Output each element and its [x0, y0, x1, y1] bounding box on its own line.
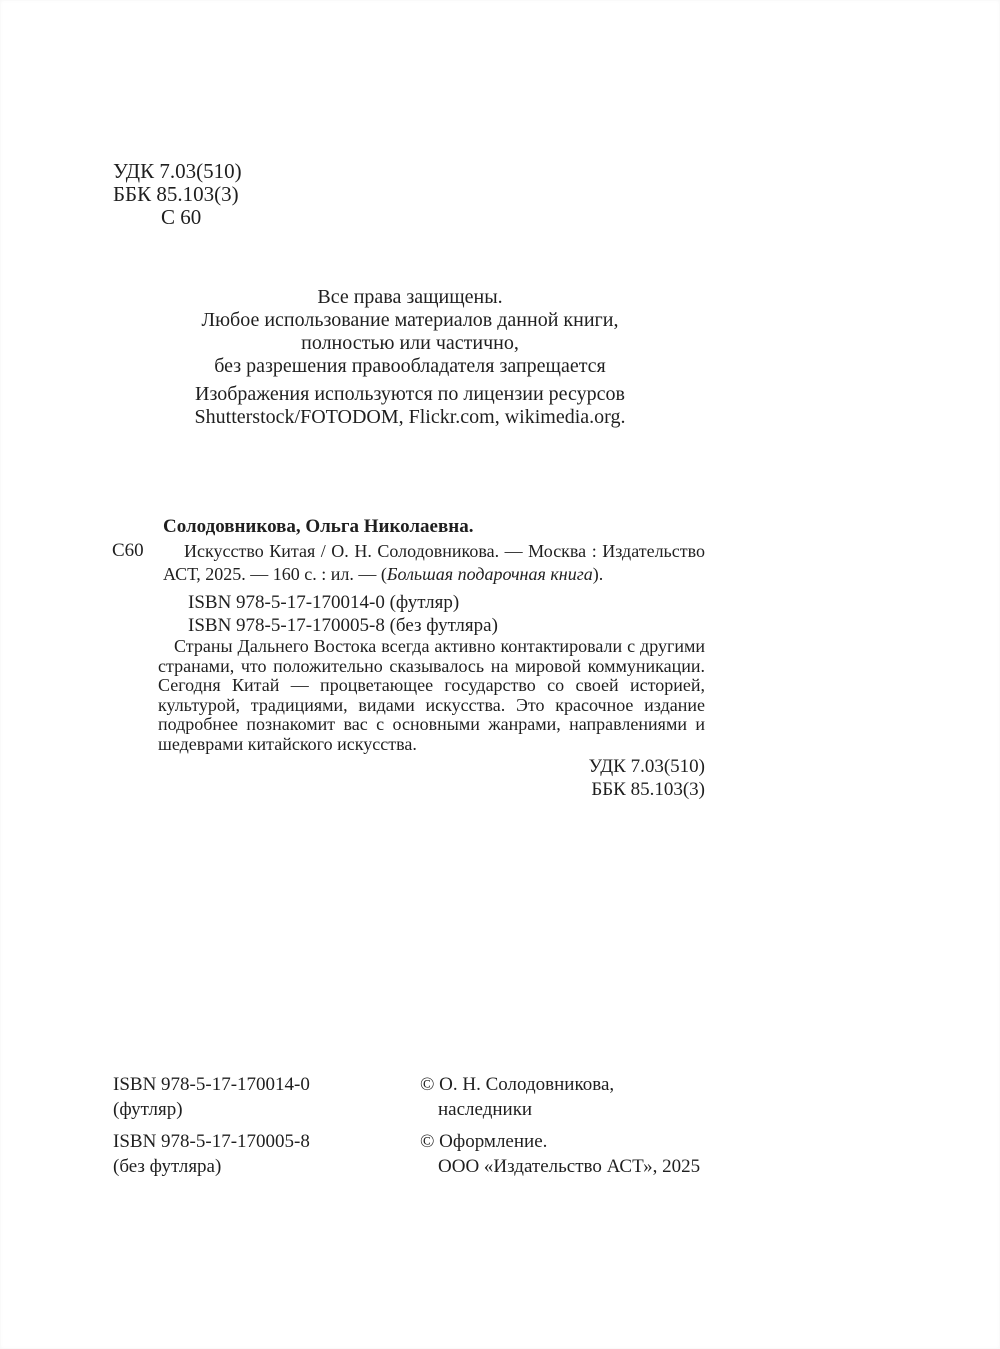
bbk-code: ББК 85.103(3)	[115, 778, 705, 801]
footer-isbn-number: ISBN 978-5-17-170005-8	[113, 1129, 310, 1154]
license-notice-line: Shutterstock/FOTODOM, Flickr.com, wikime…	[115, 406, 705, 429]
description-text-end: ).	[593, 564, 604, 584]
copyright-author-line: наследники	[438, 1097, 700, 1122]
footer-isbn-qualifier: (футляр)	[113, 1097, 310, 1122]
classification-codes-top: УДК 7.03(510) ББК 85.103(3) С 60	[113, 160, 242, 229]
catalog-author-heading: Солодовникова, Ольга Николаевна.	[163, 516, 473, 538]
footer-copyright-column: © О. Н. Солодовникова, наследники © Офор…	[420, 1072, 700, 1179]
catalog-author-sign: С60	[112, 540, 144, 562]
isbn-line: ISBN 978-5-17-170005-8 (без футляра)	[188, 614, 498, 637]
license-notice-line: Изображения используются по лицензии рес…	[115, 383, 705, 406]
series-title: Большая подарочная книга	[387, 564, 593, 584]
copyright-design-line: ООО «Издательство АСТ», 2025	[438, 1154, 700, 1179]
author-sign-code: С 60	[161, 206, 242, 229]
rights-notice-line: полностью или частично,	[115, 332, 705, 355]
rights-notice-line: без разрешения правообладателя запрещает…	[115, 355, 705, 378]
image-license-notice: Изображения используются по лицензии рес…	[115, 383, 705, 429]
book-imprint-page: УДК 7.03(510) ББК 85.103(3) С 60 Все пра…	[0, 0, 1000, 1349]
catalog-bibliographic-description: Искусство Китая / О. Н. Солодовникова. —…	[163, 540, 705, 586]
rights-notice-line: Любое использование материалов данной кн…	[115, 309, 705, 332]
rights-notice-line: Все права защищены.	[115, 286, 705, 309]
catalog-annotation: Страны Дальнего Востока всегда активно к…	[158, 637, 705, 754]
isbn-line: ISBN 978-5-17-170014-0 (футляр)	[188, 591, 498, 614]
classification-codes-bottom: УДК 7.03(510) ББК 85.103(3)	[115, 755, 705, 801]
copyright-design-line: © Оформление.	[420, 1129, 700, 1154]
footer-isbn-number: ISBN 978-5-17-170014-0	[113, 1072, 310, 1097]
catalog-isbn-block: ISBN 978-5-17-170014-0 (футляр) ISBN 978…	[188, 591, 498, 637]
copyright-author-line: © О. Н. Солодовникова,	[420, 1072, 700, 1097]
udk-code: УДК 7.03(510)	[115, 755, 705, 778]
rights-notice: Все права защищены. Любое использование …	[115, 286, 705, 378]
udk-code: УДК 7.03(510)	[113, 160, 242, 183]
footer-isbn-column: ISBN 978-5-17-170014-0 (футляр) ISBN 978…	[113, 1072, 310, 1179]
footer-isbn-qualifier: (без футляра)	[113, 1154, 310, 1179]
bbk-code: ББК 85.103(3)	[113, 183, 242, 206]
